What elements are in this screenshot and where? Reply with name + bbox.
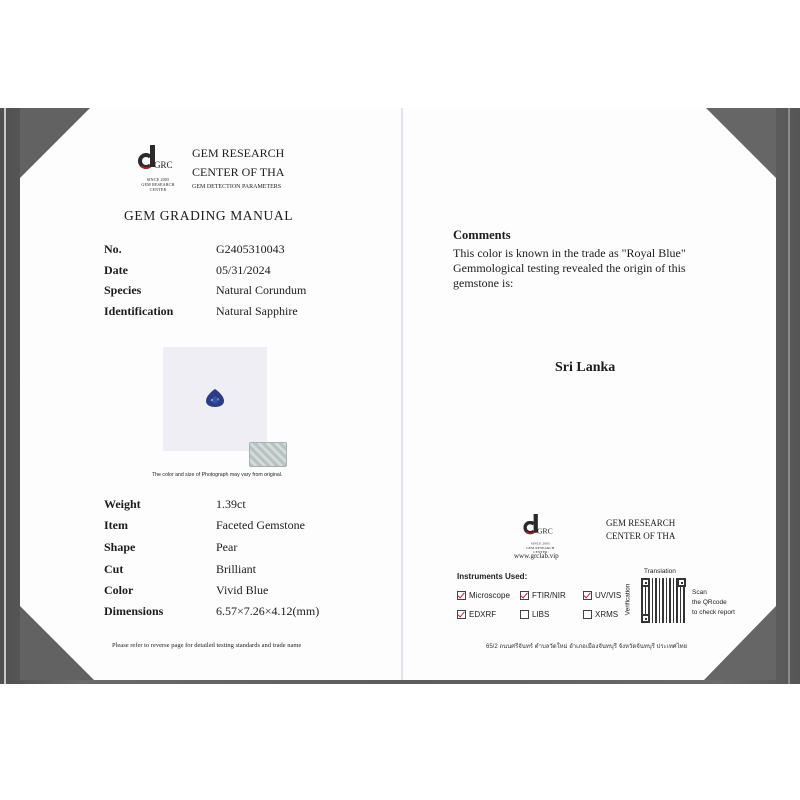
header-line2: CENTER OF THA xyxy=(192,163,284,182)
document-title: GEM GRADING MANUAL xyxy=(124,208,293,224)
logo-tagline: GEM RESEARCH CENTER xyxy=(134,182,182,192)
corner-pocket-bottom-left xyxy=(20,606,94,680)
field-label-date: Date xyxy=(104,263,128,278)
field-value-weight: 1.39ct xyxy=(216,497,246,512)
instrument-libs: LIBS xyxy=(520,610,549,619)
org-line2: CENTER OF THA xyxy=(606,530,675,543)
field-value-shape: Pear xyxy=(216,540,237,555)
instrument-ftir-nir: FTIR/NIR xyxy=(520,591,566,600)
field-label-species: Species xyxy=(104,283,141,298)
field-label-color: Color xyxy=(104,583,133,598)
checkbox-unchecked-icon xyxy=(520,610,529,619)
photo-caption: The color and size of Photograph may var… xyxy=(152,472,282,478)
gem-icon xyxy=(204,388,226,408)
field-label-item: Item xyxy=(104,518,128,533)
certificate-scan: GRC SINCE 2005 GEM RESEARCH CENTER GEM R… xyxy=(0,0,800,800)
instruments-title: Instruments Used: xyxy=(457,572,527,581)
field-label-dimensions: Dimensions xyxy=(104,604,163,619)
folder-edge-right xyxy=(788,108,790,684)
page-fold xyxy=(401,108,403,680)
instrument-microscope: Microscope xyxy=(457,591,510,600)
logo-text: GRC xyxy=(537,527,553,536)
logo-text: GRC xyxy=(154,160,173,170)
comments-title: Comments xyxy=(453,228,511,243)
address: 65/2 ถนนศรีจันทร์ ตำบลวัดใหม่ อำเภอเมือง… xyxy=(486,641,687,651)
field-value-species: Natural Corundum xyxy=(216,283,306,298)
org-line1: GEM RESEARCH xyxy=(606,517,675,530)
header-org-name: GEM RESEARCH CENTER OF THA xyxy=(192,144,284,182)
instrument-label: Microscope xyxy=(469,591,510,600)
website-url: www.grclab.vip xyxy=(514,552,559,560)
qr-verification-label: Verification xyxy=(624,584,631,616)
field-value-dimensions: 6.57×7.26×4.12(mm) xyxy=(216,604,319,619)
comments-line: This color is known in the trade as "Roy… xyxy=(453,246,743,261)
comments-line: gemstone is: xyxy=(453,276,743,291)
field-value-color: Vivid Blue xyxy=(216,583,268,598)
qr-instructions: Scan the QRcode to check report xyxy=(692,588,735,618)
instrument-label: EDXRF xyxy=(469,610,496,619)
field-label-cut: Cut xyxy=(104,562,123,577)
scan-line: to check report xyxy=(692,608,735,618)
comments-line: Gemmological testing revealed the origin… xyxy=(453,261,743,276)
header-line1: GEM RESEARCH xyxy=(192,144,284,163)
instrument-uv-vis: UV/VIS xyxy=(583,591,621,600)
instrument-xrms: XRMS xyxy=(583,610,618,619)
field-value-date: 05/31/2024 xyxy=(216,263,271,278)
field-label-no: No. xyxy=(104,242,122,257)
checkbox-checked-icon xyxy=(457,591,466,600)
instrument-label: FTIR/NIR xyxy=(532,591,566,600)
qr-code-icon[interactable] xyxy=(641,578,686,623)
qr-translation-label: Translation xyxy=(644,568,676,575)
field-value-identification: Natural Sapphire xyxy=(216,304,298,319)
origin-value: Sri Lanka xyxy=(555,360,615,376)
field-label-shape: Shape xyxy=(104,540,135,555)
instrument-label: LIBS xyxy=(532,610,549,619)
checkbox-checked-icon xyxy=(520,591,529,600)
field-label-identification: Identification xyxy=(104,304,173,319)
comments-body: This color is known in the trade as "Roy… xyxy=(453,246,743,291)
instrument-label: XRMS xyxy=(595,610,618,619)
hologram-sticker-icon xyxy=(249,442,287,467)
scan-line: the QRcode xyxy=(692,598,735,608)
corner-pocket-top-left xyxy=(20,108,90,178)
folder-edge-left xyxy=(4,108,6,684)
field-value-item: Faceted Gemstone xyxy=(216,518,305,533)
checkbox-checked-icon xyxy=(583,591,592,600)
instrument-label: UV/VIS xyxy=(595,591,621,600)
checkbox-checked-icon xyxy=(457,610,466,619)
instrument-edxrf: EDXRF xyxy=(457,610,496,619)
field-value-no: G2405310043 xyxy=(216,242,285,257)
scan-line: Scan xyxy=(692,588,735,598)
corner-pocket-top-right xyxy=(706,108,776,178)
header-subtitle: GEM DETECTION PARAMETERS xyxy=(192,184,281,190)
footer-org-name: GEM RESEARCH CENTER OF THA xyxy=(606,517,675,543)
field-label-weight: Weight xyxy=(104,497,141,512)
footer-note: Please refer to reverse page for detaile… xyxy=(112,642,301,649)
grc-logo-icon: GRC SINCE 2005 GEM RESEARCH CENTER xyxy=(134,145,184,197)
field-value-cut: Brilliant xyxy=(216,562,256,577)
checkbox-unchecked-icon xyxy=(583,610,592,619)
